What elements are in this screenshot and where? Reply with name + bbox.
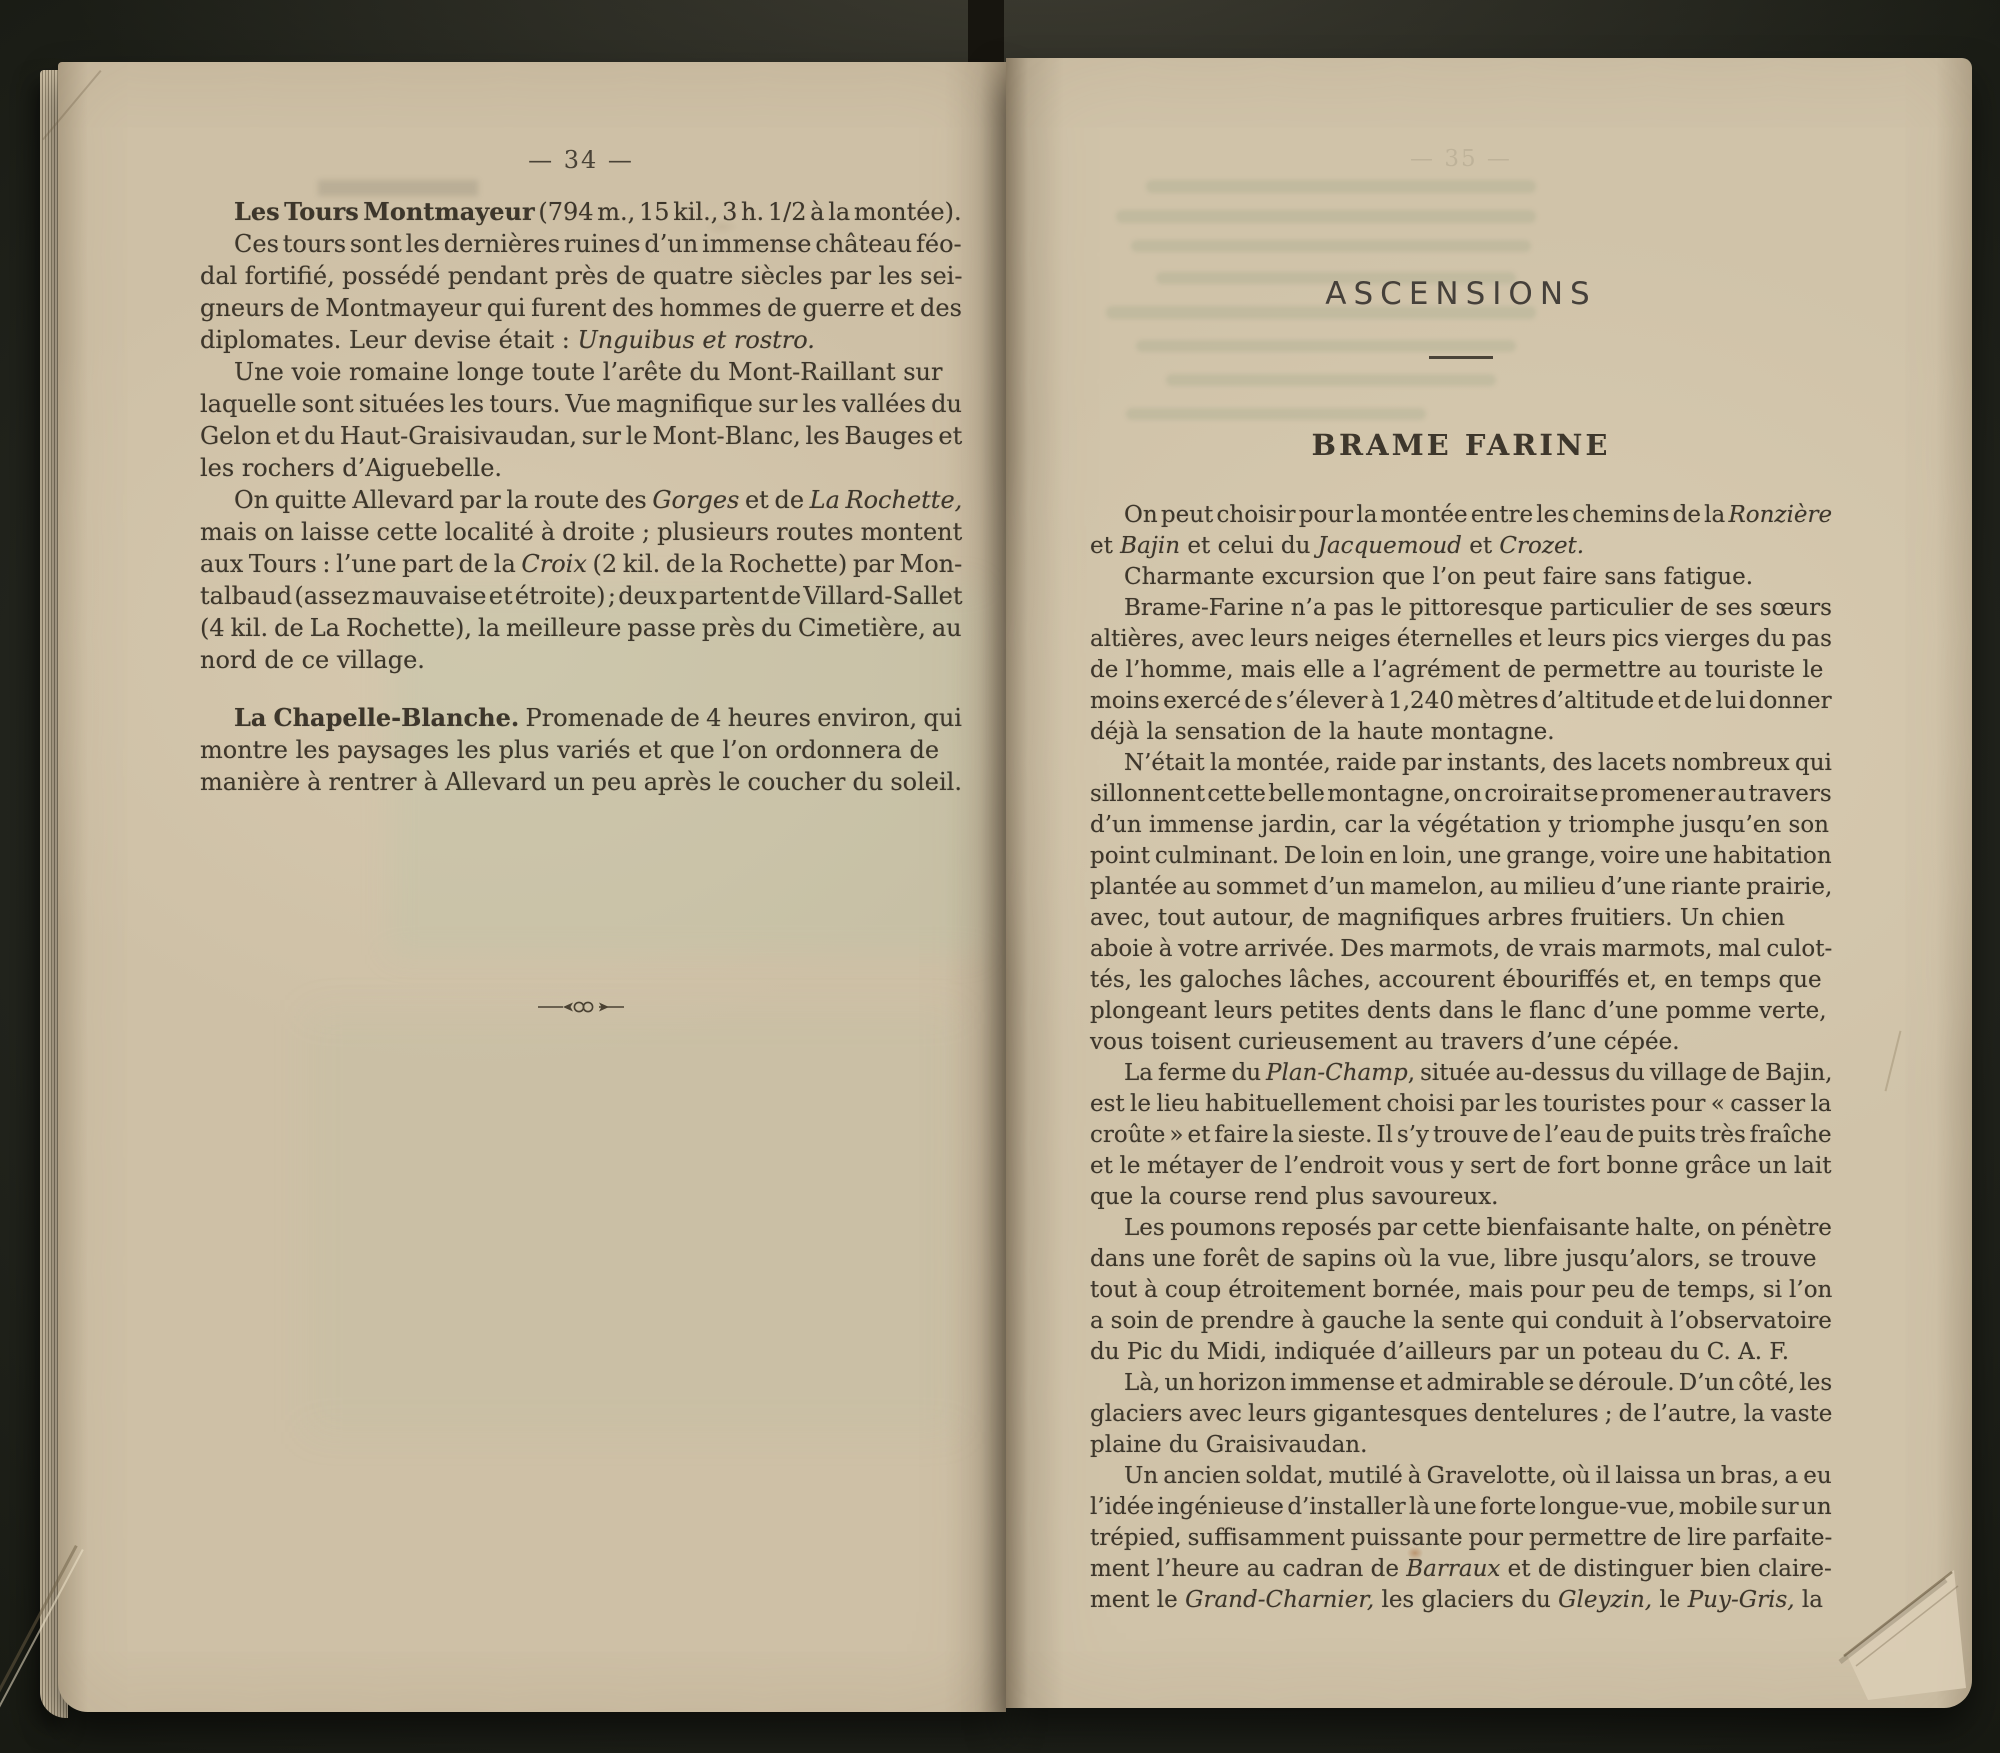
text-line: N’était la montée, raide par instants, d… [1090, 748, 1832, 779]
text-line: vous toisent curieusement au travers d’u… [1090, 1027, 1832, 1058]
text-line: diplomates. Leur devise était : Unguibus… [200, 324, 962, 356]
paragraph: On quitte Allevard par la route des Gorg… [200, 484, 962, 676]
text-line: glaciers avec leurs gigantesques dentelu… [1090, 1399, 1832, 1430]
text-line: dans une forêt de sapins où la vue, libr… [1090, 1244, 1832, 1275]
text-line: On quitte Allevard par la route des Gorg… [200, 484, 962, 516]
left-page: — 34 — Les Tours Montmayeur (794 m., 15 … [58, 62, 1006, 1712]
text-line: aboie à votre arrivée. Des marmots, de v… [1090, 934, 1832, 965]
text-line: plongeant leurs petites dents dans le fl… [1090, 996, 1832, 1027]
text-line: trépied, suffisamment puissante pour per… [1090, 1523, 1832, 1554]
text-line: et Bajin et celui du Jacquemoud et Croze… [1090, 531, 1832, 562]
text-line: Les poumons reposés par cette bienfaisan… [1090, 1213, 1832, 1244]
text-line: les rochers d’Aiguebelle. [200, 452, 962, 484]
paragraph: La Chapelle-Blanche. Promenade de 4 heur… [200, 702, 962, 798]
text-line: mais on laisse cette localité à droite ;… [200, 516, 962, 548]
text-line: La ferme du Plan-Champ, située au-dessus… [1090, 1058, 1832, 1089]
text-line: montre les paysages les plus variés et q… [200, 734, 962, 766]
ink-smudge [318, 180, 478, 196]
paragraph: Un ancien soldat, mutilé à Gravelotte, o… [1090, 1461, 1832, 1616]
text-line: Charmante excursion que l’on peut faire … [1090, 562, 1832, 593]
paragraph: N’était la montée, raide par instants, d… [1090, 748, 1832, 1058]
paragraph: Charmante excursion que l’on peut faire … [1090, 562, 1832, 593]
section-title: BRAME FARINE [1090, 428, 1832, 462]
text-line: Là, un horizon immense et admirable se d… [1090, 1368, 1832, 1399]
title-rule [1429, 356, 1493, 359]
text-line: d’un immense jardin, car la végétation y… [1090, 810, 1832, 841]
text-line: tout à coup étroitement bornée, mais pou… [1090, 1275, 1832, 1306]
paragraph: Brame-Farine n’a pas le pittoresque part… [1090, 593, 1832, 748]
dog-ear-fold [1826, 1538, 1976, 1710]
text-line: est le lieu habituellement choisi par le… [1090, 1089, 1832, 1120]
text-line: déjà la sensation de la haute montagne. [1090, 717, 1832, 748]
text-line: Un ancien soldat, mutilé à Gravelotte, o… [1090, 1461, 1832, 1492]
text-line: du Pic du Midi, indiquée d’ailleurs par … [1090, 1337, 1832, 1368]
text-line: que la course rend plus savoureux. [1090, 1182, 1832, 1213]
text-line: sillonnent cette belle montagne, on croi… [1090, 779, 1832, 810]
right-page: — 35 — ASCENSIONS BRAME FARINE On peut c… [1006, 58, 1972, 1708]
ghost-text-line [1136, 340, 1516, 352]
paper-discoloration [308, 1012, 958, 1432]
right-page-text: On peut choisir pour la montée entre les… [1090, 500, 1832, 1616]
text-line: de l’homme, mais elle a l’agrément de pe… [1090, 655, 1832, 686]
chapter-title: ASCENSIONS [1090, 276, 1832, 312]
ghost-text-line [1166, 374, 1496, 386]
text-line: Brame-Farine n’a pas le pittoresque part… [1090, 593, 1832, 624]
text-line: tés, les galoches lâches, accourent ébou… [1090, 965, 1832, 996]
paper-crack [1885, 1031, 1902, 1092]
paragraph: Ces tours sont les dernières ruines d’un… [200, 228, 962, 356]
paragraph: On peut choisir pour la montée entre les… [1090, 500, 1832, 562]
text-line: manière à rentrer à Allevard un peu aprè… [200, 766, 962, 798]
text-line: moins exercé de s’élever à 1,240 mètres … [1090, 686, 1832, 717]
book-spread-photo: — 34 — Les Tours Montmayeur (794 m., 15 … [0, 0, 2000, 1753]
text-line: plantée au sommet d’un mamelon, au milie… [1090, 872, 1832, 903]
ghost-text-line [1131, 240, 1531, 252]
text-line: gneurs de Montmayeur qui furent des homm… [200, 292, 962, 324]
text-line: plaine du Graisivaudan. [1090, 1430, 1832, 1461]
ghost-text-line [1116, 210, 1536, 223]
paragraph: Là, un horizon immense et admirable se d… [1090, 1368, 1832, 1461]
text-line: ment l’heure au cadran de Barraux et de … [1090, 1554, 1832, 1585]
paragraph: Les Tours Montmayeur (794 m., 15 kil., 3… [200, 196, 962, 228]
text-line: l’idée ingénieuse d’installer là une for… [1090, 1492, 1832, 1523]
text-line: (4 kil. de La Rochette), la meilleure pa… [200, 612, 962, 644]
text-line: nord de ce village. [200, 644, 962, 676]
text-line: Gelon et du Haut-Graisivaudan, sur le Mo… [200, 420, 962, 452]
text-line: On peut choisir pour la montée entre les… [1090, 500, 1832, 531]
text-line: dal fortifié, possédé pendant près de qu… [200, 260, 962, 292]
text-line: Une voie romaine longe toute l’arête du … [200, 356, 962, 388]
text-line: aux Tours : l’une part de la Croix (2 ki… [200, 548, 962, 580]
ghost-text-line [1126, 408, 1426, 420]
text-line: point culminant. De loin en loin, une gr… [1090, 841, 1832, 872]
paragraph: Une voie romaine longe toute l’arête du … [200, 356, 962, 484]
spine-gap [968, 0, 1004, 70]
text-line: ment le Grand-Charnier, les glaciers du … [1090, 1585, 1832, 1616]
text-line: altières, avec leurs neiges éternelles e… [1090, 624, 1832, 655]
text-line: Les Tours Montmayeur (794 m., 15 kil., 3… [200, 196, 962, 228]
text-line: La Chapelle-Blanche. Promenade de 4 heur… [200, 702, 962, 734]
paragraph: La ferme du Plan-Champ, située au-dessus… [1090, 1058, 1832, 1213]
text-line: et le métayer de l’endroit vous y sert d… [1090, 1151, 1832, 1182]
page-number-left: — 34 — [200, 146, 962, 174]
text-line: talbaud (assez mauvaise et étroite) ; de… [200, 580, 962, 612]
text-line: Ces tours sont les dernières ruines d’un… [200, 228, 962, 260]
text-line: croûte » et faire la sieste. Il s’y trou… [1090, 1120, 1832, 1151]
text-line: avec, tout autour, de magnifiques arbres… [1090, 903, 1832, 934]
fleuron-ornament [200, 997, 962, 1021]
text-line: laquelle sont situées les tours. Vue mag… [200, 388, 962, 420]
paragraph: Les poumons reposés par cette bienfaisan… [1090, 1213, 1832, 1368]
page-number-right-ghost: — 35 — [1090, 146, 1832, 172]
ghost-text-line [1146, 180, 1536, 193]
left-page-text: Les Tours Montmayeur (794 m., 15 kil., 3… [200, 196, 962, 798]
text-line: a soin de prendre à gauche la sente qui … [1090, 1306, 1832, 1337]
